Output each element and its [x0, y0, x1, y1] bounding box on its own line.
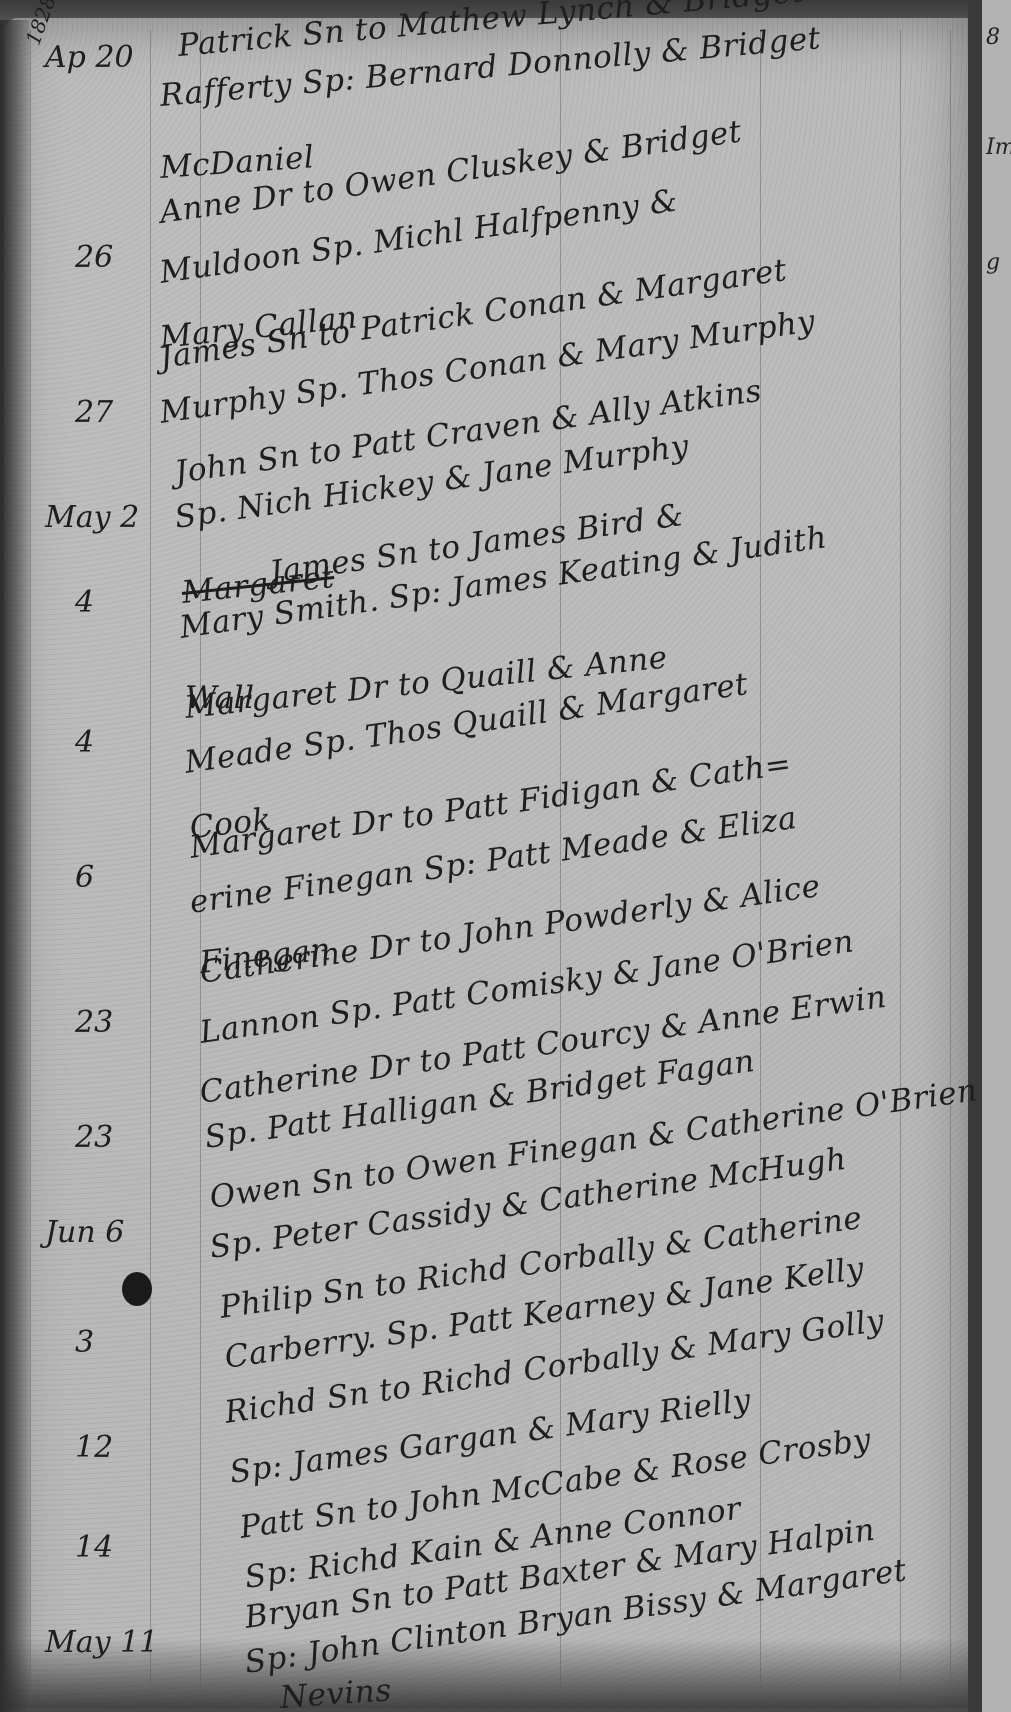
entry-date: May 11: [45, 1625, 158, 1660]
book-gutter: [968, 0, 982, 1712]
entry-date: 27: [75, 395, 113, 430]
entry-line: Nevins: [279, 1672, 393, 1712]
facing-page-text: g: [986, 250, 1000, 275]
facing-page-text: 8: [986, 25, 1000, 50]
entry-date: 6: [75, 860, 94, 895]
ruled-margin-line: [30, 30, 31, 1690]
ruled-line: [950, 30, 951, 1690]
entry-date: May 2: [45, 500, 139, 535]
entry-date: 3: [75, 1325, 94, 1360]
facing-page-text: Im: [986, 135, 1011, 160]
ruled-date-line: [150, 30, 151, 1690]
ink-blot: [122, 1272, 152, 1306]
entry-date: Ap 20: [45, 40, 134, 75]
entry-date: 4: [75, 585, 94, 620]
entry-date: 23: [75, 1005, 113, 1040]
entry-date: 14: [75, 1530, 113, 1565]
entry-date: 12: [75, 1430, 113, 1465]
entry-date: 4: [75, 725, 94, 760]
entry-date: 26: [75, 240, 113, 275]
ruled-line: [900, 30, 901, 1690]
page-left-edge: [0, 20, 30, 1712]
entry-date: 23: [75, 1120, 113, 1155]
entry-date: Jun 6: [45, 1215, 124, 1250]
